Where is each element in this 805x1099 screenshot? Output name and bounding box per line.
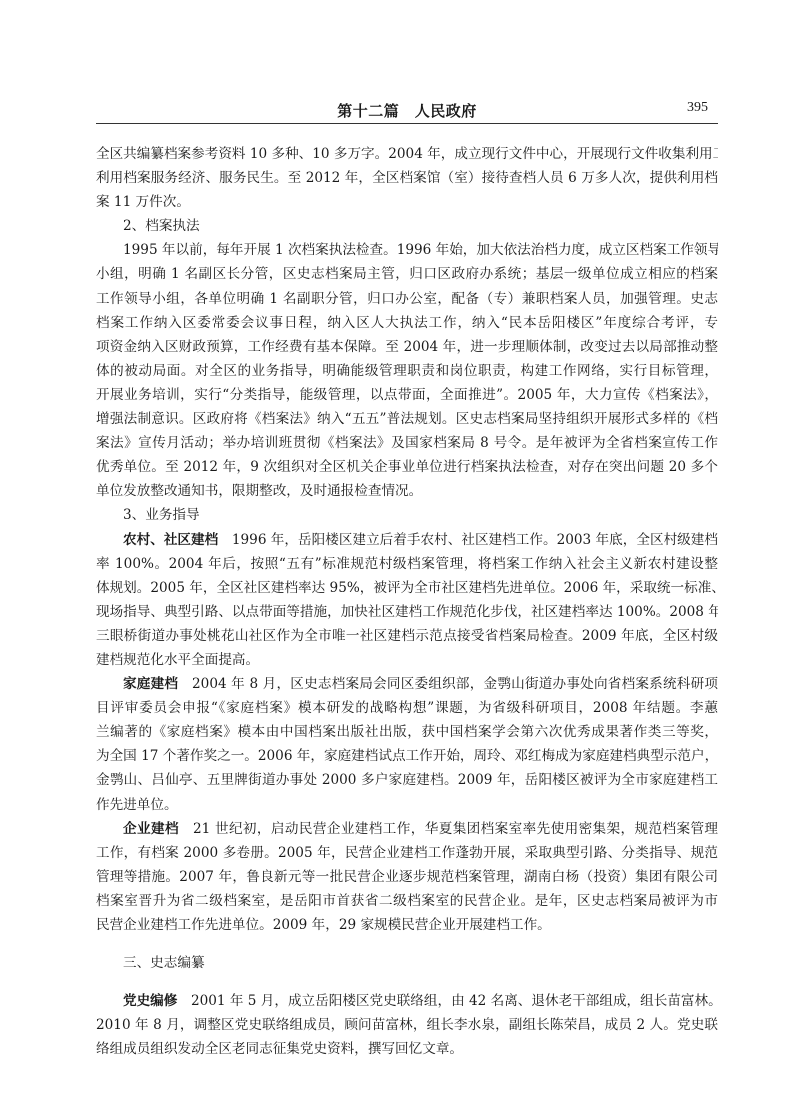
chapter-title: 第十二篇 人民政府 xyxy=(96,100,718,121)
text-line: 民营企业建档工作先进单位。2009 年，29 家规模民营企业开展建档工作。 xyxy=(96,913,718,937)
text-line: 为全国 17 个著作奖之一。2006 年，家庭建档试点工作开始，周玲、邓红梅成为… xyxy=(96,744,718,768)
text-line: 家庭建档 2004 年 8 月，区史志档案局会同区委组织部，金鹗山街道办事处向省… xyxy=(96,672,718,696)
text-line: 开展业务培训，实行“分类指导，能级管理，以点带面，全面推进”。2005 年，大力… xyxy=(96,383,718,407)
text-line: 目评审委员会申报“《家庭档案》模本研发的战略构想”课题，为省级科研项目，2008… xyxy=(96,696,718,720)
paragraph-intro: 全区共编纂档案参考资料 10 多种、10 多万字。2004 年，成立现行文件中心… xyxy=(96,142,718,214)
text-line: 优秀单位。至 2012 年，9 次组织对全区机关企事业单位进行档案执法检查，对存… xyxy=(96,455,718,479)
text-line: 党史编修 2001 年 5 月，成立岳阳楼区党史联络组，由 42 名离、退休老干… xyxy=(96,989,718,1013)
text-line: 络组成员组织发动全区老同志征集党史资料，撰写回忆文章。 xyxy=(96,1037,718,1061)
text-line: 作先进单位。 xyxy=(96,793,718,817)
text-line: 三眼桥街道办事处桃花山社区作为全市唯一社区建档示范点接受省档案局检查。2009 … xyxy=(96,624,718,648)
paragraph-enterprise: 企业建档 21 世纪初，启动民营企业建档工作，华夏集团档案室率先使用密集架，规范… xyxy=(96,817,718,937)
text-line: 全区共编纂档案参考资料 10 多种、10 多万字。2004 年，成立现行文件中心… xyxy=(96,142,718,166)
text-line: 案法》宣传月活动；举办培训班贯彻《档案法》及国家档案局 8 号令。是年被评为全省… xyxy=(96,431,718,455)
text-line: 建档规范化水平全面提高。 xyxy=(96,648,718,672)
spacer xyxy=(96,937,718,951)
text-line: 工作领导小组，各单位明确 1 名副职分管，归口办公室，配备（专）兼职档案人员，加… xyxy=(96,287,718,311)
text-line: 档案室晋升为省二级档案室，是岳阳市首获省二级档案室的民营企业。是年，区史志档案局… xyxy=(96,889,718,913)
text-line: 工作，有档案 2000 多卷册。2005 年，民营企业建档工作蓬勃开展，采取典型… xyxy=(96,841,718,865)
paragraph-party-history: 党史编修 2001 年 5 月，成立岳阳楼区党史联络组，由 42 名离、退休老干… xyxy=(96,989,718,1061)
text-line: 档案工作纳入区委常委会议事日程，纳入区人大执法工作，纳入“民本岳阳楼区”年度综合… xyxy=(96,311,718,335)
text-line: 体的被动局面。对全区的业务指导，明确能级管理职责和岗位职责，构建工作网络，实行目… xyxy=(96,359,718,383)
text-line: 增强法制意识。区政府将《档案法》纳入“五五”普法规划。区史志档案局坚持组织开展形… xyxy=(96,407,718,431)
text-line: 管理等措施。2007 年，鲁良新元等一批民营企业逐步规范档案管理，湖南白杨（投资… xyxy=(96,865,718,889)
page-body: 全区共编纂档案参考资料 10 多种、10 多万字。2004 年，成立现行文件中心… xyxy=(96,142,718,1061)
text-line: 农村、社区建档 1996 年，岳阳楼区建立后着手农村、社区建档工作。2003 年… xyxy=(96,528,718,552)
paragraph-rural-community: 农村、社区建档 1996 年，岳阳楼区建立后着手农村、社区建档工作。2003 年… xyxy=(96,528,718,673)
text-line: 小组，明确 1 名副区长分管，区史志档案局主管，归口区政府办系统；基层一级单位成… xyxy=(96,262,718,286)
section-heading-history: 三、史志编纂 xyxy=(96,951,718,975)
text-line: 兰编著的《家庭档案》模本由中国档案出版社出版，获中国档案学会第六次优秀成果著作类… xyxy=(96,720,718,744)
run-in-title: 企业建档 xyxy=(123,821,179,837)
header-rule xyxy=(96,123,718,124)
subheading-enforcement: 2、档案执法 xyxy=(96,214,718,238)
text-line: 案 11 万件次。 xyxy=(96,190,718,214)
run-in-title: 农村、社区建档 xyxy=(123,532,218,548)
text-line: 体规划。2005 年，全区社区建档率达 95%，被评为全市社区建档先进单位。20… xyxy=(96,576,718,600)
text-line: 企业建档 21 世纪初，启动民营企业建档工作，华夏集团档案室率先使用密集架，规范… xyxy=(96,817,718,841)
text-line: 率 100%。2004 年后，按照“五有”标准规范村级档案管理，将档案工作纳入社… xyxy=(96,552,718,576)
text-line: 2010 年 8 月，调整区党史联络组成员，顾问苗富林，组长李水泉，副组长陈荣昌… xyxy=(96,1013,718,1037)
run-in-title: 家庭建档 xyxy=(123,676,178,692)
text-line: 1995 年以前，每年开展 1 次档案执法检查。1996 年始，加大依法治档力度… xyxy=(96,238,718,262)
text-line: 单位发放整改通知书，限期整改，及时通报检查情况。 xyxy=(96,479,718,503)
text-line: 现场指导、典型引路、以点带面等措施，加快社区建档工作规范化步伐，社区建档率达 1… xyxy=(96,600,718,624)
text-line: 利用档案服务经济、服务民生。至 2012 年，全区档案馆（室）接待查档人员 6 … xyxy=(96,166,718,190)
spacer xyxy=(96,975,718,989)
paragraph-enforcement: 1995 年以前，每年开展 1 次档案执法检查。1996 年始，加大依法治档力度… xyxy=(96,238,718,503)
run-in-title: 党史编修 xyxy=(123,993,177,1009)
text-line: 项资金纳入区财政预算，工作经费有基本保障。至 2004 年，进一步理顺体制，改变… xyxy=(96,335,718,359)
page-number: 395 xyxy=(687,100,708,116)
paragraph-family: 家庭建档 2004 年 8 月，区史志档案局会同区委组织部，金鹗山街道办事处向省… xyxy=(96,672,718,817)
subheading-guidance: 3、业务指导 xyxy=(96,503,718,527)
text-line: 金鹗山、吕仙亭、五里牌街道办事处 2000 多户家庭建档。2009 年，岳阳楼区… xyxy=(96,768,718,792)
running-header: 第十二篇 人民政府 395 xyxy=(96,100,718,124)
